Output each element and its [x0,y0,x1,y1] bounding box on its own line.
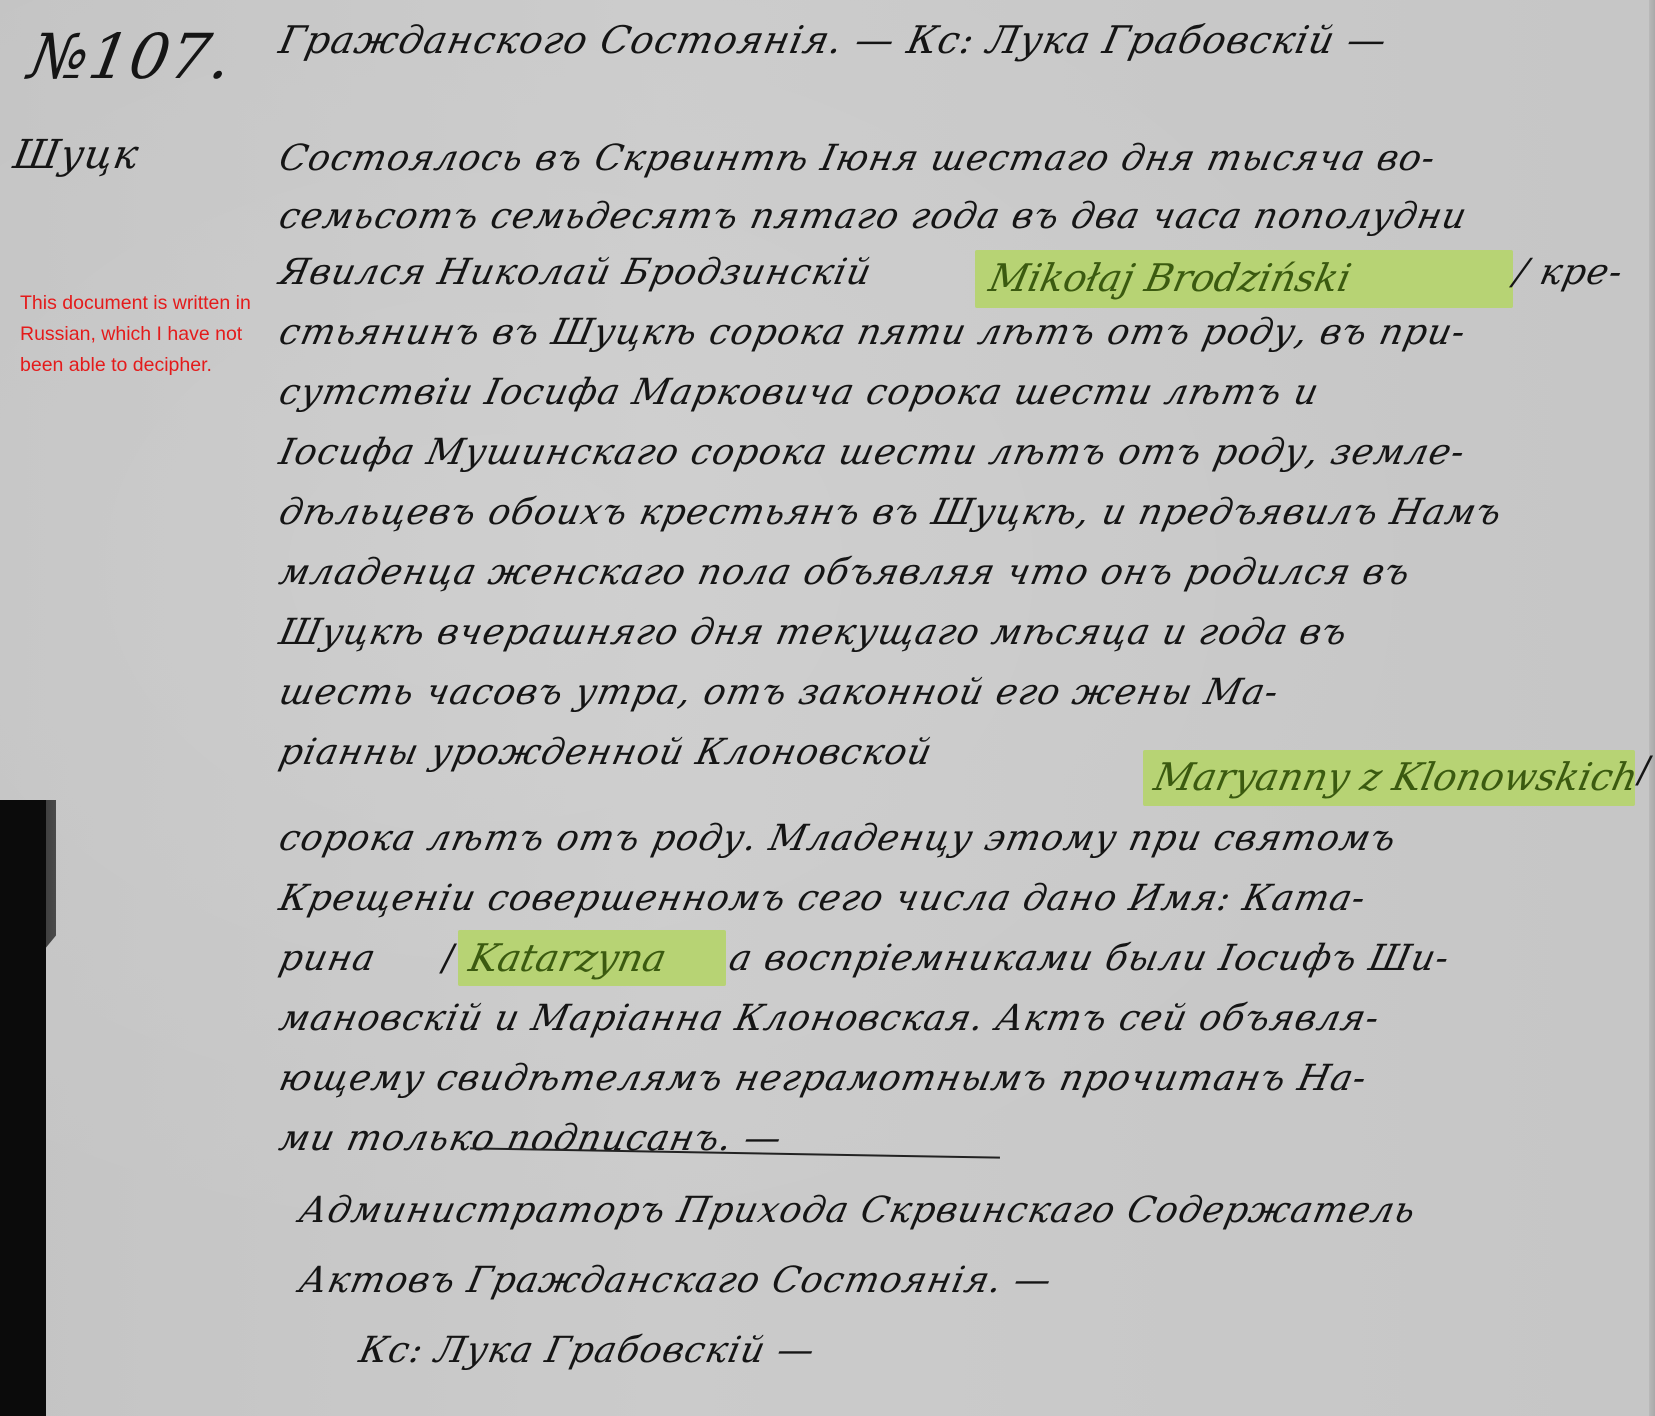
signature-line-1: Администраторъ Прихода Скрвинскаго Содер… [296,1190,1420,1231]
body-line-3: Явился Николай Бродзинскій [276,252,876,293]
body-line-17: ющему свидѣтелямъ неграмотнымъ прочитанъ… [276,1058,1371,1099]
body-line-11: ріанны урожденной Клоновской [276,732,937,773]
body-line-8: младенца женскаго пола объявляя что онъ … [276,552,1415,593]
body-line-15: а воспріемниками были Іосифъ Ши- [726,938,1454,979]
body-line-6: Іосифа Мушинскаго сорока шести лѣтъ отъ … [276,432,1470,473]
translator-note: This document is written in Russian, whi… [20,288,260,381]
book-binding-edge [0,800,46,1416]
line-3-tail: / кре- [1511,252,1627,293]
header-line: Гражданского Состоянія. — Кс: Лука Грабо… [275,18,1391,62]
highlighted-father-name: Mikołaj Brodziński [985,256,1355,300]
body-line-16: мановскій и Маріанна Клоновская. Актъ се… [276,998,1384,1039]
line-11-tail: / [1638,750,1651,791]
signature-line-2: Актовъ Гражданскаго Состоянія. — [296,1260,1056,1301]
body-line-9: Шуцкѣ вчерашняго дня текущаго мѣсяца и г… [276,612,1352,653]
highlighted-child-name: Katarzyna [465,936,670,980]
body-line-14: рина [276,938,380,979]
page-edge [1649,0,1655,1416]
signature-priest: Кс: Лука Грабовскій — [356,1330,819,1371]
body-line-1: Состоялось въ Скрвинтѣ Іюня шестаго дня … [276,138,1440,179]
line-14-tail: / [442,938,455,979]
body-line-4: стьянинъ въ Шуцкѣ сорока пяти лѣтъ отъ р… [276,312,1470,353]
body-line-12: сорока лѣтъ отъ роду. Младенцу этому при… [276,818,1401,859]
highlighted-mother-name: Maryanny z Klonowskich [1150,755,1642,799]
body-line-2: семьсотъ семьдесятъ пятаго года въ два ч… [276,196,1471,237]
body-line-7: дѣльцевъ обоихъ крестьянъ въ Шуцкѣ, и пр… [276,492,1506,533]
body-line-5: сутствіи Іосифа Марковича сорока шести л… [276,372,1323,413]
entry-number: №107. [24,20,239,93]
margin-place-name: Шуцк [10,132,143,178]
body-line-10: шесть часовъ утра, отъ законной его жены… [276,672,1283,713]
body-line-13: Крещеніи совершенномъ сего числа дано Им… [276,878,1370,919]
